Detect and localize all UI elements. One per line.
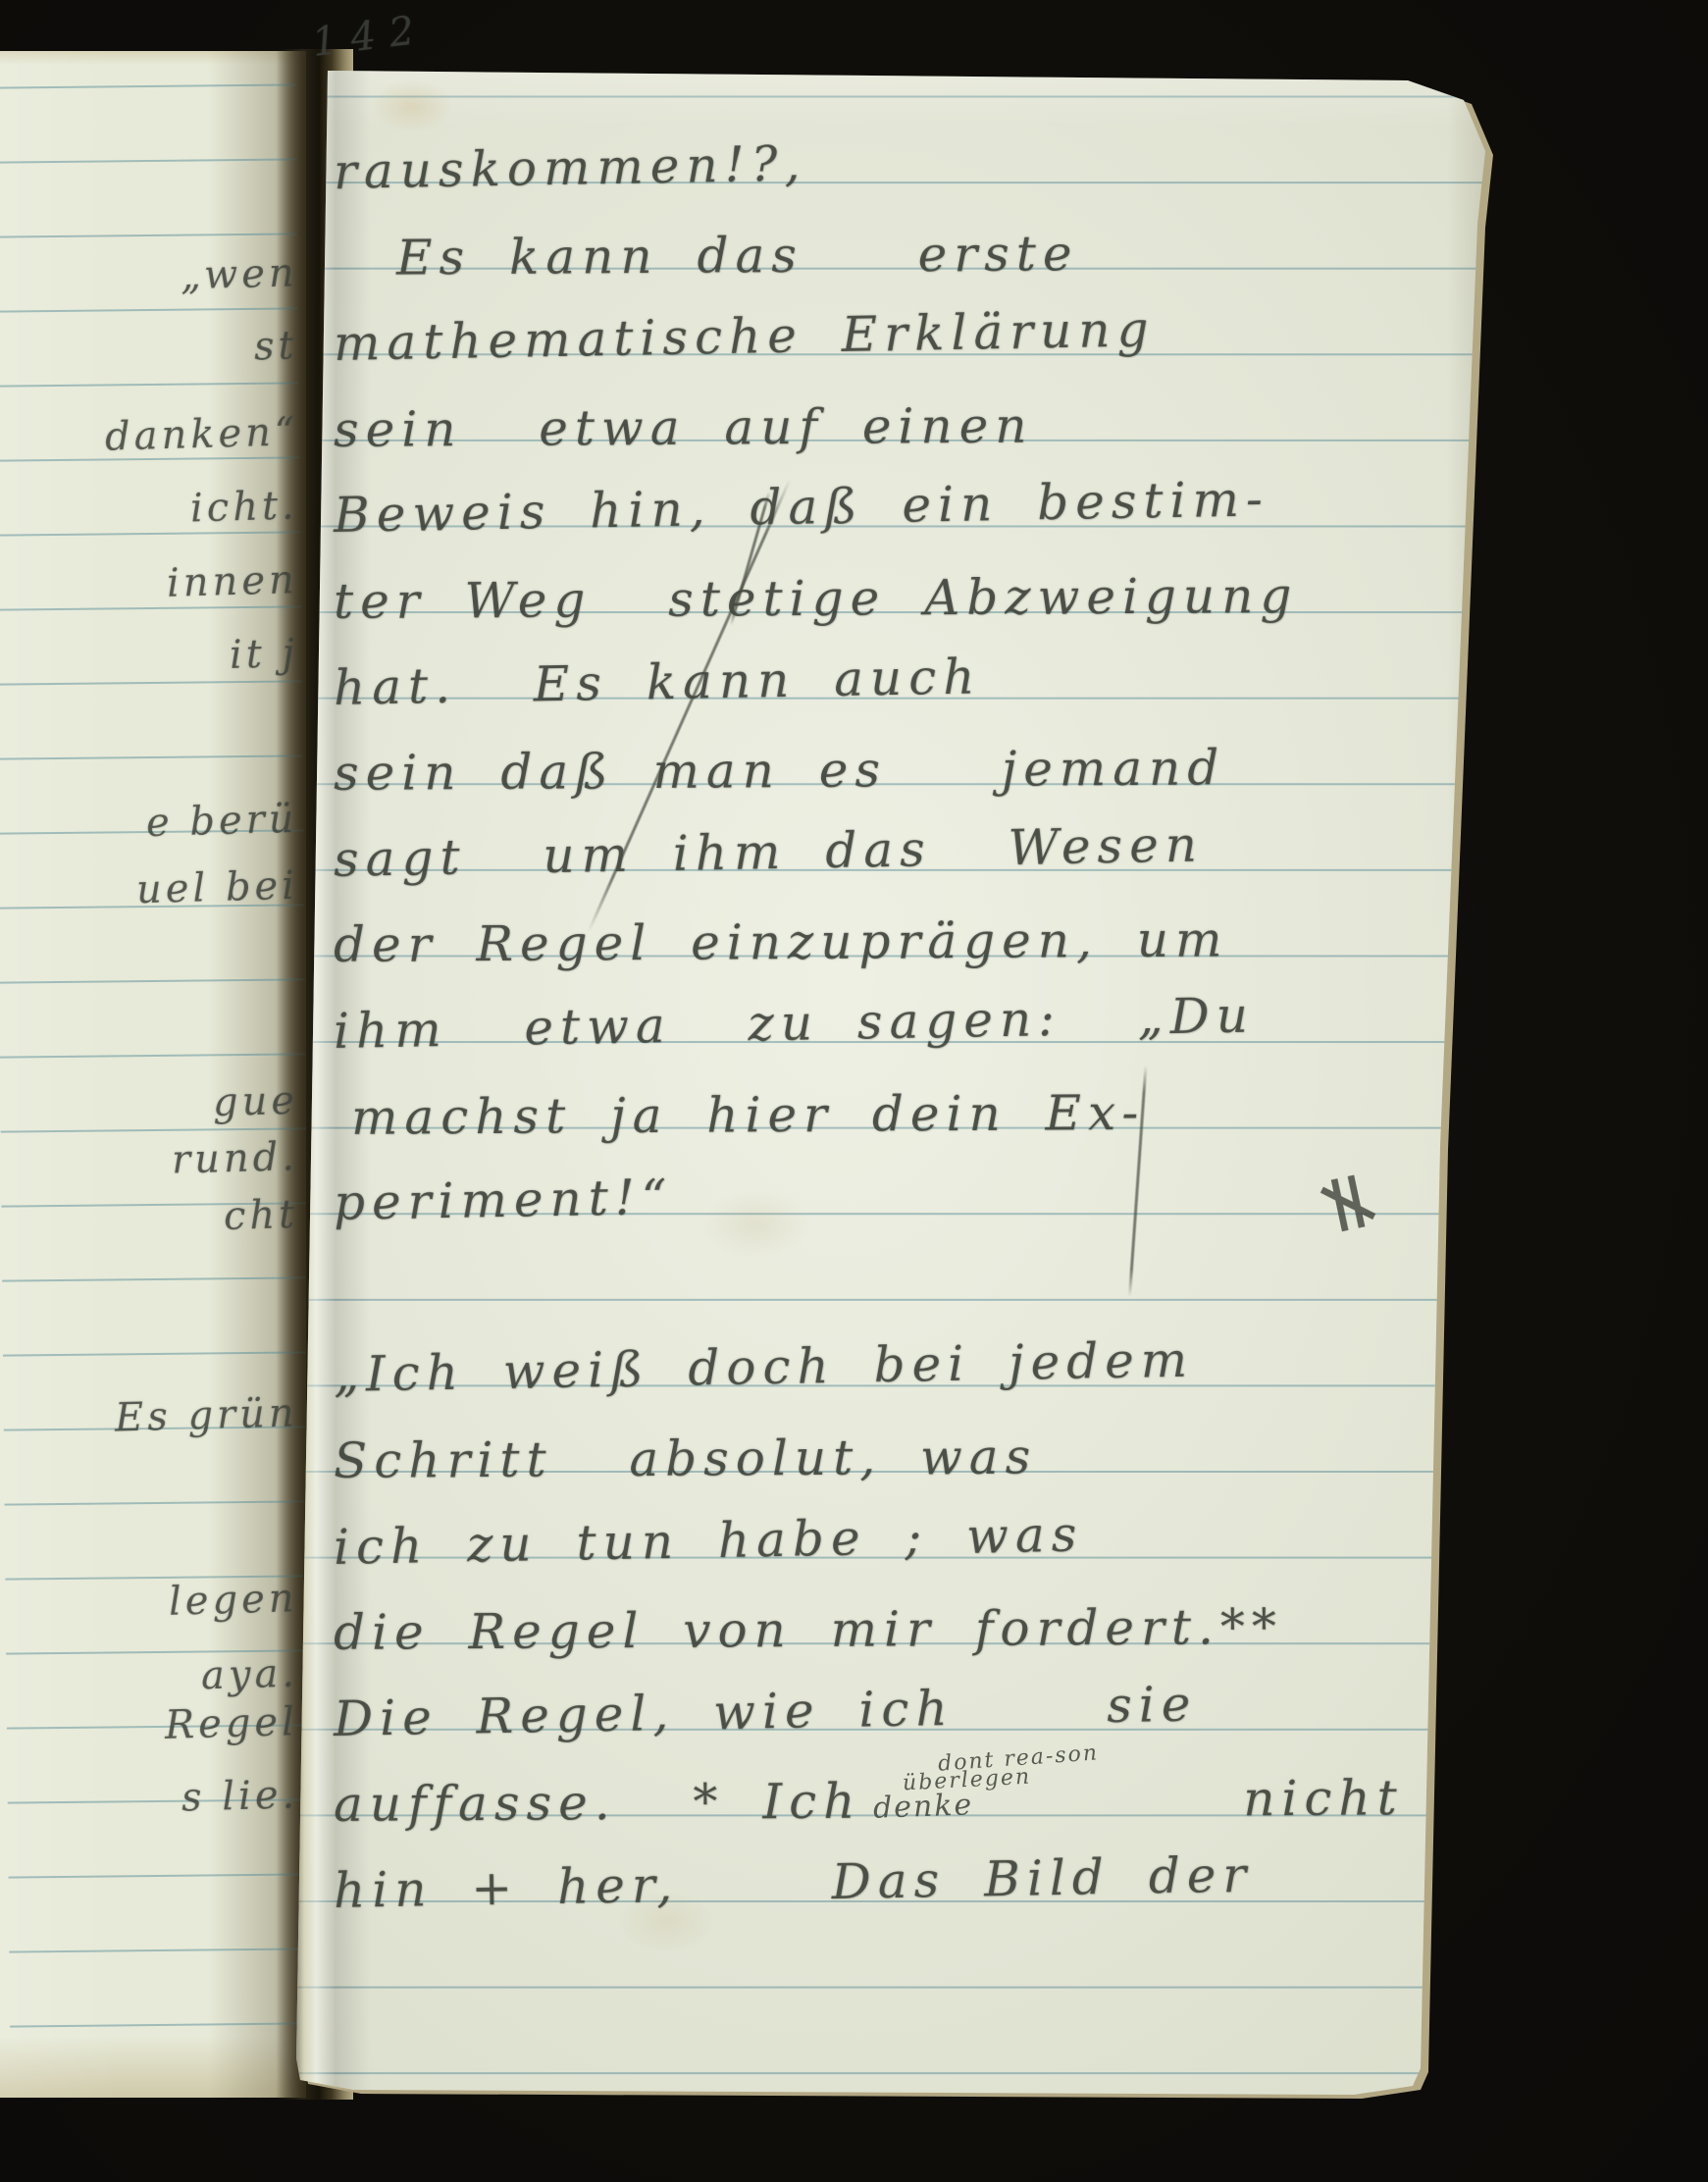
page-number: 142	[310, 7, 431, 66]
left-page-line-fragment: Regel	[165, 1699, 299, 1748]
left-page-edge: „wenstdanken“icht.innenit je berüuel bei…	[0, 51, 306, 2098]
left-page-line-fragment: cht	[223, 1192, 299, 1239]
left-page-line-fragment: s lie.	[181, 1772, 298, 1820]
handwritten-line: rauskommen!?,	[333, 110, 1476, 216]
left-page-line-fragment: danken“	[104, 409, 299, 459]
left-page-line-fragment: it j	[229, 631, 298, 678]
interlinear-alt-chosen: denke	[872, 1788, 973, 1826]
handwritten-text-block: rauskommen!?,Es kann das erstemathematis…	[294, 67, 1506, 1934]
left-page-line-fragment: uel bei	[135, 863, 298, 913]
handwritten-line: „Ich weiß doch bei jedem	[333, 1313, 1476, 1419]
left-page-line-fragment: st	[254, 323, 299, 369]
left-page-line-fragment: rund.	[171, 1134, 298, 1183]
left-page-line-fragment: „wen	[181, 250, 299, 298]
right-page: rauskommen!?,Es kann das erstemathematis…	[294, 67, 1506, 2103]
left-page-line-fragment: legen	[169, 1576, 299, 1625]
notebook-scan: „wenstdanken“icht.innenit je berüuel bei…	[0, 0, 1708, 2182]
left-page-line-fragment: aya.	[200, 1651, 298, 1699]
left-page-line-fragment: innen	[167, 557, 299, 606]
handwritten-line: Beweis hin, daß ein bestim-	[333, 453, 1476, 559]
handwritten-line: mathematische Erklärung	[333, 282, 1476, 388]
left-page-line-fragment: icht.	[190, 483, 299, 531]
left-page-line-fragment: e berü	[146, 797, 299, 846]
left-page-line-fragment: Es grün	[115, 1390, 299, 1440]
left-page-line-fragment: gue	[212, 1078, 298, 1125]
